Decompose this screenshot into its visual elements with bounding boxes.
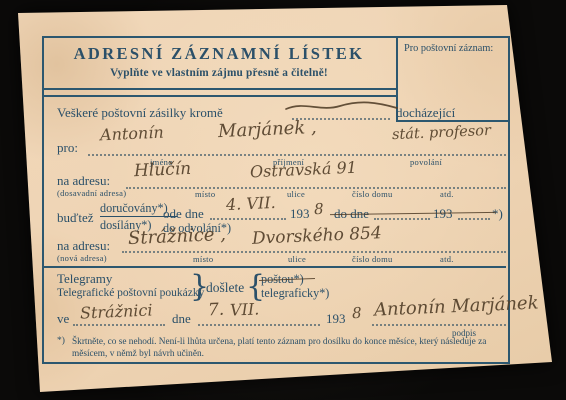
hw-signed-year-digit: 8 [352,304,362,322]
photo-scene: ADRESNÍ ZÁZNAMNÍ LÍSTEK Vyplňte ve vlast… [0,0,566,400]
old-col-number: číslo domu [352,189,393,199]
hw-new-place: Strážnice , [128,224,227,249]
hw-signed-place: Strážnici [80,300,153,322]
sublabel-occupation: povolání [410,157,442,167]
new-col-number: číslo domu [352,254,393,264]
signed-date-dotline [198,324,320,326]
until-year: 193 [433,206,453,222]
handwritten-squiggle [284,99,400,115]
hw-old-place: Hlučín [134,159,192,181]
delivery-option-delivered: doručovány*) [100,201,168,216]
until-asterisk: *) [492,206,503,222]
hw-from-date: 4. VII. [226,193,276,214]
signed-in-label: ve [57,311,69,327]
hw-first-name: Antonín [100,123,164,145]
signed-place-dotline [73,324,165,326]
old-address-sublabel: (dosavadní adresa) [57,188,126,198]
hw-surname: Marjánek , [218,117,318,142]
signature-dotline [372,324,506,326]
new-address-sublabel: (nová adresa) [57,253,107,263]
from-date-dotline [210,218,286,220]
postal-note-label: Pro poštovní záznam: [404,43,493,54]
from-year-prefix: 193 [290,206,310,222]
new-col-street: ulice [288,254,306,264]
telegram-section-divider [44,266,506,268]
old-col-place: místo [195,189,215,199]
intro-before: Veškeré poštovní zásilky kromě [57,105,223,121]
from-date-label: ode dne [163,206,204,222]
telegrams-line2: Telegrafické poštovní poukázky [57,287,204,299]
signed-date-label: dne [172,311,191,327]
recipient-label: pro: [57,140,78,156]
new-col-etc: atd. [440,254,454,264]
telegrams-opt-telegraph: telegraficky*) [261,286,329,301]
hw-signed-month: VII. [230,299,260,319]
telegrams-line1: Telegramy [57,271,112,287]
until-dotline2 [458,218,490,220]
footnote-marker: *) [57,336,65,346]
form-subtitle: Vyplňte ve vlastním zájmu přesně a čitel… [44,67,394,79]
recipient-dotline [88,154,506,156]
signed-year-prefix: 193 [326,311,346,327]
footnote-text: Škrtněte, co se nehodí. Není-li lhůta ur… [72,336,502,361]
telegrams-verb: došlete [206,280,244,296]
postcard-paper: ADRESNÍ ZÁZNAMNÍ LÍSTEK Vyplňte ve vlast… [0,0,566,400]
old-col-street: ulice [287,189,305,199]
intro-after: docházející [396,105,455,121]
hw-from-year-digit: 8 [314,200,324,218]
delivery-label: buďtež [57,210,94,226]
hw-signed-day: 7. [208,300,225,321]
header-divider-bottom [44,95,396,97]
new-col-place: místo [193,254,213,264]
until-date-dotline [374,218,430,220]
header-divider-top [44,88,396,90]
new-address-label: na adresu: [57,238,110,254]
new-address-dotline [122,251,506,253]
old-address-label: na adresu: [57,173,110,189]
form-title: ADRESNÍ ZÁZNAMNÍ LÍSTEK [44,44,394,64]
old-col-etc: atd. [440,189,454,199]
